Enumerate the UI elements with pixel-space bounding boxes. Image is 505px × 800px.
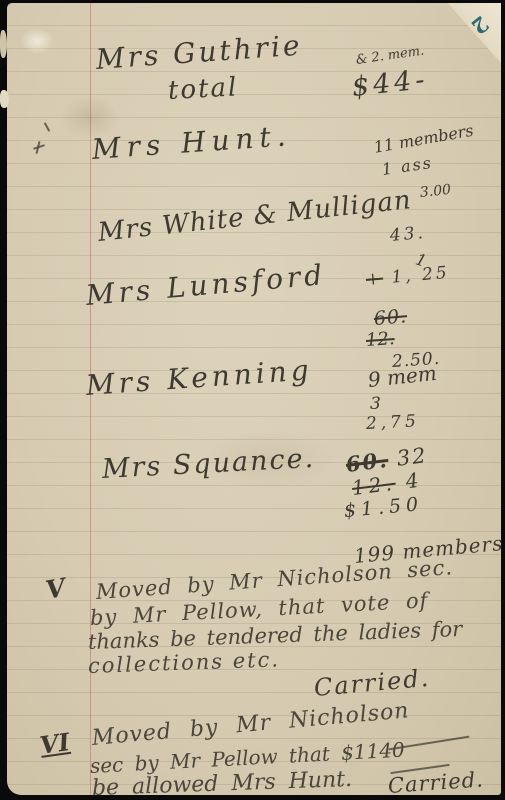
motion-v-numeral: V (44, 575, 67, 603)
torn-edge-fragment (0, 90, 9, 108)
entry-lunsford-struck2: 12. (365, 330, 395, 350)
scanned-ledger-page: 27 Mrs Guthrie total & 2. mem. $44- Mrs … (0, 0, 505, 800)
entry-kenning-line3: 2,75 (366, 413, 421, 433)
entry-white-mulligan-line1: 43. (389, 225, 426, 245)
motion-vi-numeral: VI (38, 730, 71, 758)
entry-hunt-line3: 3.00 (419, 183, 451, 200)
entry-guthrie-amount: $44- (351, 66, 430, 101)
entry-kenning-line2: 3 (370, 396, 381, 413)
entry-guthrie-total-label: total (167, 74, 239, 104)
entry-lunsford-struck1: 60. (373, 307, 408, 329)
struck-symbol: + (365, 269, 384, 290)
torn-edge-fragment (0, 30, 7, 58)
